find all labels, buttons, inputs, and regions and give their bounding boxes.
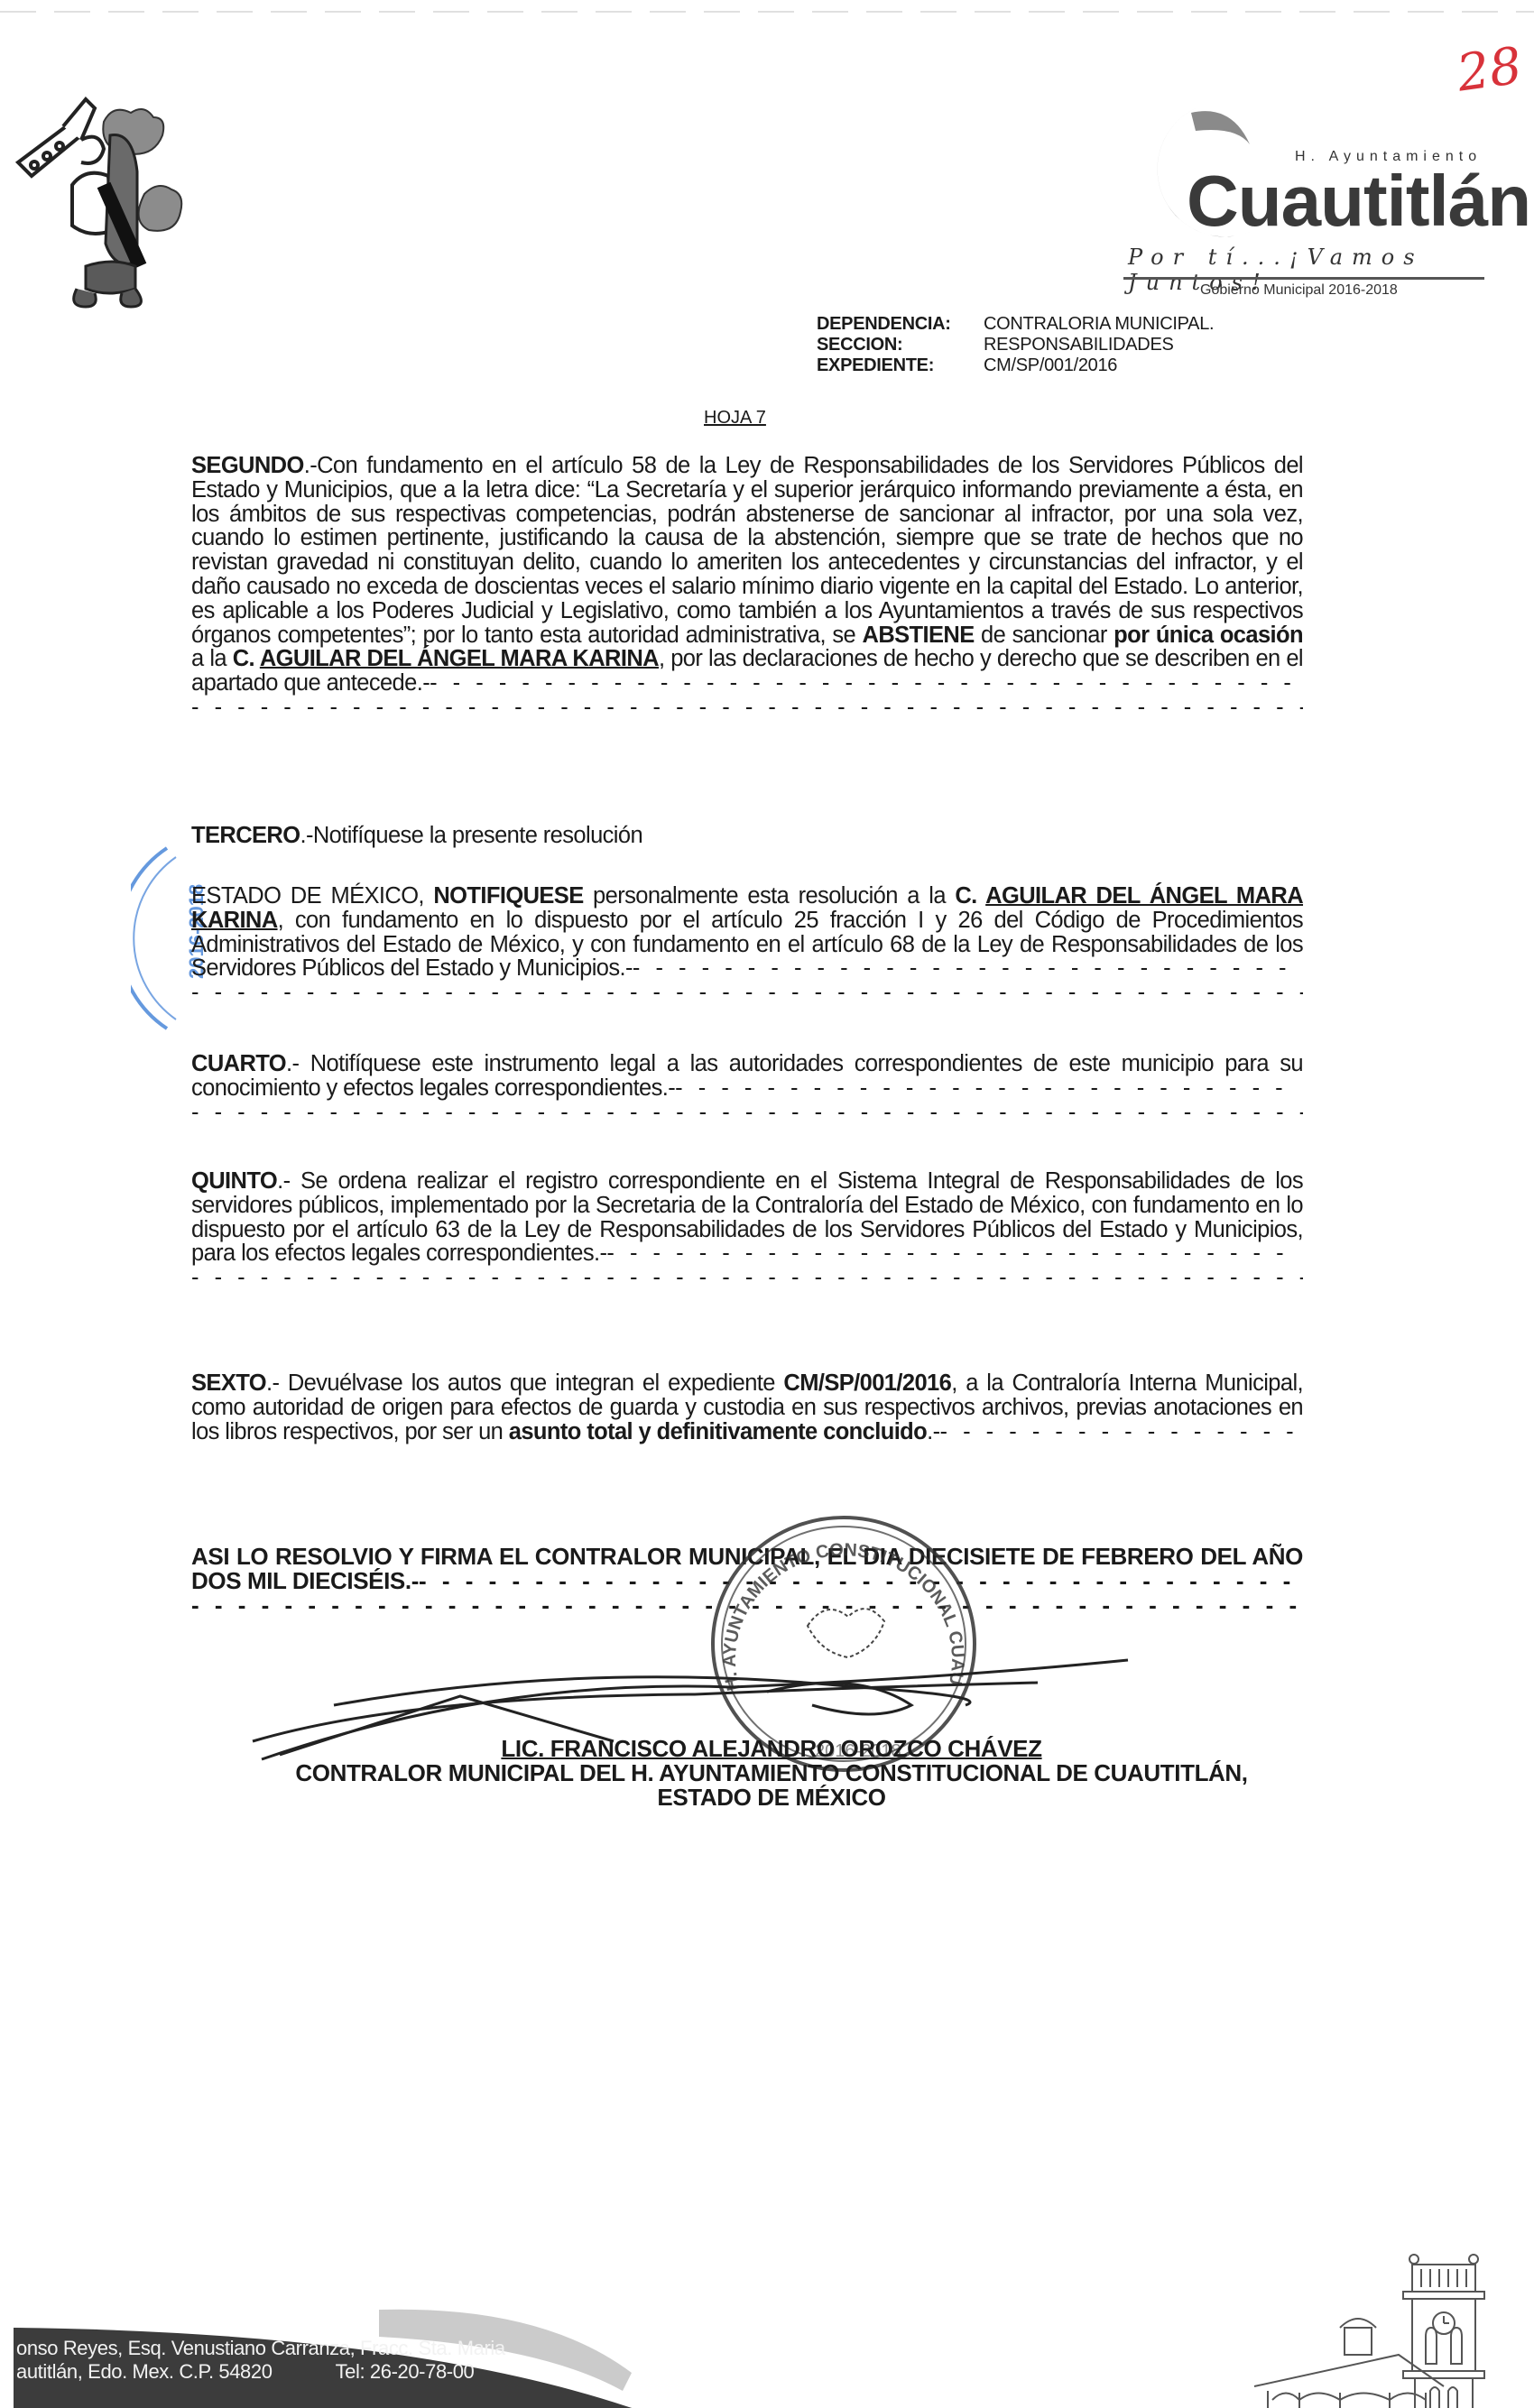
address-line-2: autitlán, Edo. Mex. C.P. 54820 Tel: 26-2… xyxy=(16,2360,505,2384)
logo-name: Cuautitlán xyxy=(1187,165,1530,237)
meta-label: SECCION: xyxy=(817,335,984,355)
paragraph-sexto: SEXTO.- Devuélvase los autos que integra… xyxy=(191,1371,1303,1444)
handwritten-page-number: 28 xyxy=(1454,36,1526,103)
dash-filler: - - - - - - - - - - - - - - - - - - - - … xyxy=(430,670,1296,696)
bold-concluido: asunto total y definitivamente concluido xyxy=(509,1419,927,1444)
cuautitlan-logo: H. Ayuntamiento Cuautitlán Por tí...¡Vam… xyxy=(1119,95,1498,302)
heading-cuarto: CUARTO xyxy=(191,1051,286,1076)
footer-address: onso Reyes, Esq. Venustiano Carranza, Fr… xyxy=(16,2337,505,2384)
bold-c: C. xyxy=(955,883,985,909)
paragraph-cuarto: CUARTO.- Notifíquese este instrumento le… xyxy=(191,1052,1303,1124)
dash-line: - - - - - - - - - - - - - - - - - - - - … xyxy=(191,696,1303,720)
paragraph-tercero: ESTADO DE MÉXICO, NOTIFIQUESE personalme… xyxy=(191,884,1303,1005)
dash-line: - - - - - - - - - - - - - - - - - - - - … xyxy=(191,1266,1303,1290)
address-line-1: onso Reyes, Esq. Venustiano Carranza, Fr… xyxy=(16,2337,505,2360)
signer-name: LIC. FRANCISCO ALEJANDRO OROZCO CHÁVEZ xyxy=(208,1737,1335,1761)
dash-filler: - - - - - - - - - - - - - - - - - - - - … xyxy=(675,1075,1287,1101)
dash-filler: - - - - - - - - - - - - - - - - - - - - … xyxy=(606,1241,1288,1266)
dash-line: - - - - - - - - - - - - - - - - - - - - … xyxy=(191,1101,1303,1125)
kiosk-and-clock-tower-illustration-icon xyxy=(1119,2237,1534,2408)
dash-line: - - - - - - - - - - - - - - - - - - - - … xyxy=(191,981,1303,1005)
meta-seccion: SECCION: RESPONSABILIDADES xyxy=(817,335,1214,355)
paragraph-text: .- xyxy=(927,1419,939,1444)
signature-block: LIC. FRANCISCO ALEJANDRO OROZCO CHÁVEZ C… xyxy=(208,1737,1335,1810)
signer-title-state: ESTADO DE MÉXICO xyxy=(208,1785,1335,1810)
bold-abstiene: ABSTIENE xyxy=(863,623,975,648)
bold-expediente: CM/SP/001/2016 xyxy=(783,1370,951,1396)
logo-rule xyxy=(1123,277,1484,280)
paragraph-text: de sancionar xyxy=(975,623,1114,648)
heading-tercero: TERCERO xyxy=(191,823,300,848)
heading-segundo: SEGUNDO xyxy=(191,453,304,478)
address-city: autitlán, Edo. Mex. C.P. 54820 xyxy=(16,2360,273,2384)
sheet-number: HOJA 7 xyxy=(704,408,766,429)
person-name: AGUILAR DEL ÁNGEL MARA KARINA xyxy=(260,646,659,671)
heading-sexto: SEXTO xyxy=(191,1370,266,1396)
meta-label: EXPEDIENTE: xyxy=(817,355,984,376)
paragraph-text: a la xyxy=(191,646,233,671)
meta-value: CM/SP/001/2016 xyxy=(984,355,1117,376)
paragraph-segundo: SEGUNDO.-Con fundamento en el artículo 5… xyxy=(191,454,1303,720)
paragraph-text: .-Con fundamento en el artículo 58 de la… xyxy=(191,453,1303,648)
bold-unica-ocasion: por única ocasión xyxy=(1114,623,1303,648)
heading-quinto: QUINTO xyxy=(191,1168,277,1194)
dash-filler: - - - - - - - - - - - - - - - - xyxy=(940,1419,1298,1444)
document-meta: DEPENDENCIA: CONTRALORIA MUNICIPAL. SECC… xyxy=(817,314,1214,376)
phone-number: Tel: 26-20-78-00 xyxy=(336,2360,475,2384)
scan-edge-line xyxy=(0,11,1534,13)
meta-expediente: EXPEDIENTE: CM/SP/001/2016 xyxy=(817,355,1214,376)
signer-title: CONTRALOR MUNICIPAL DEL H. AYUNTAMIENTO … xyxy=(208,1761,1335,1785)
bold-notifiquese: NOTIFIQUESE xyxy=(433,883,583,909)
paragraph-text: personalmente esta resolución a la xyxy=(584,883,956,909)
meta-label: DEPENDENCIA: xyxy=(817,314,984,335)
meta-value: CONTRALORIA MUNICIPAL. xyxy=(984,314,1214,335)
dash-filler: - - - - - - - - - - - - - - - - - - - - … xyxy=(633,955,1291,981)
document-page: H. Ayuntamiento Cuautitlán Por tí...¡Vam… xyxy=(0,0,1534,2408)
paragraph-quinto: QUINTO.- Se ordena realizar el registro … xyxy=(191,1169,1303,1290)
meta-dependencia: DEPENDENCIA: CONTRALORIA MUNICIPAL. xyxy=(817,314,1214,335)
aztec-glyph-logo-icon xyxy=(9,86,208,311)
logo-government: Gobierno Municipal 2016-2018 xyxy=(1200,282,1398,299)
paragraph-text: ESTADO DE MÉXICO, xyxy=(191,883,433,909)
paragraph-text: .-Notifíquese la presente resolución xyxy=(300,823,642,848)
paragraph-text: .- Devuélvase los autos que integran el … xyxy=(266,1370,783,1396)
meta-value: RESPONSABILIDADES xyxy=(984,335,1174,355)
paragraph-tercero-heading: TERCERO.-Notifíquese la presente resoluc… xyxy=(191,824,1303,848)
bold-c: C. xyxy=(233,646,260,671)
